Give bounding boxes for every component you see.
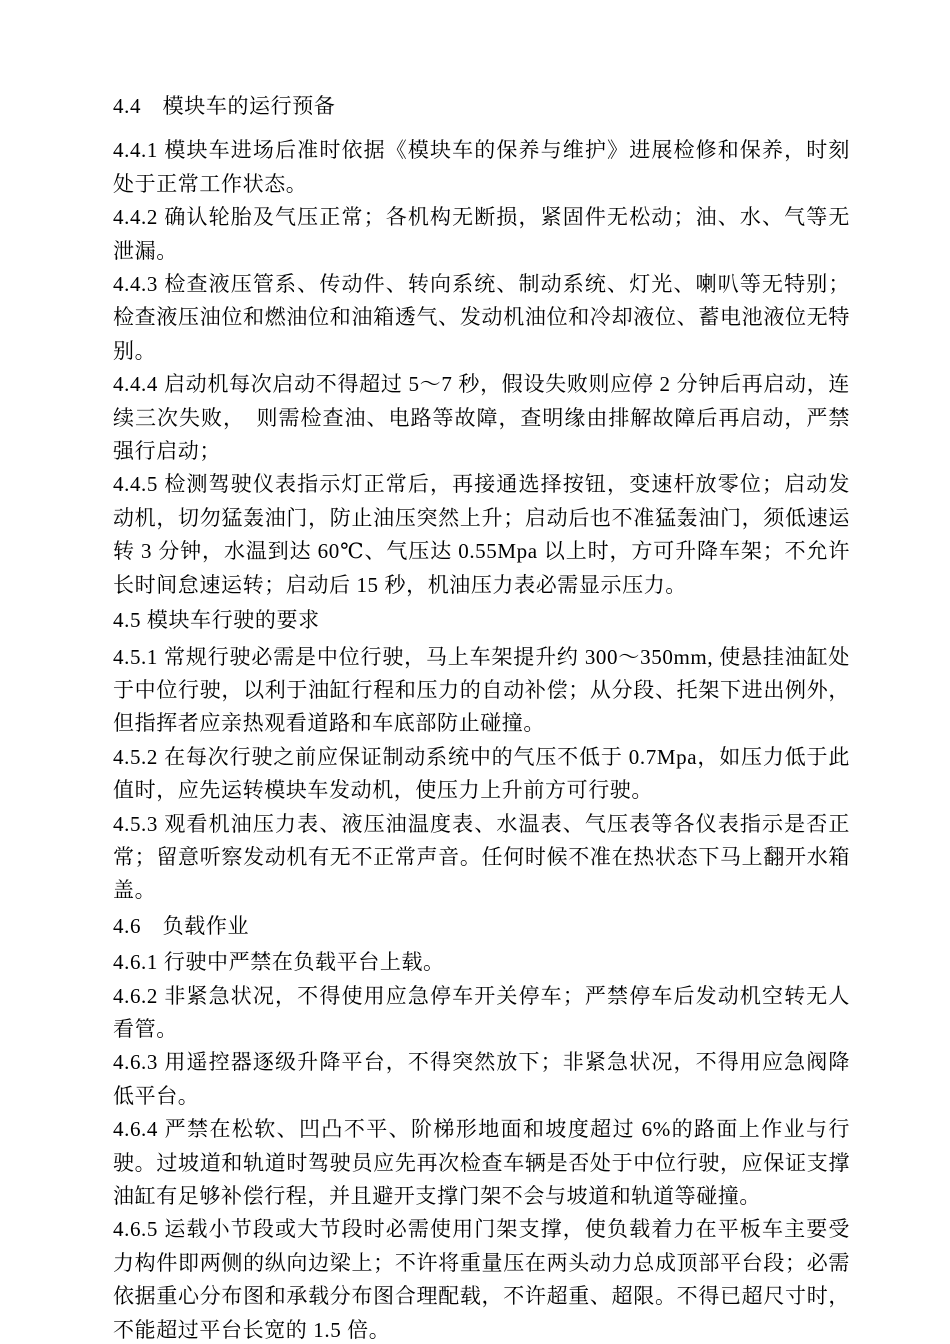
section-heading-4-6: 4.6 负载作业	[113, 910, 850, 943]
document-body: 4.4 模块车的运行预备 4.4.1 模块车进场后准时依据《模块车的保养与维护》…	[113, 90, 850, 1344]
paragraph-4-6-2: 4.6.2 非紧急状况，不得使用应急停车开关停车；严禁停车后发动机空转无人看管。	[113, 980, 850, 1047]
paragraph-4-5-1: 4.5.1 常规行驶必需是中位行驶，马上车架提升约 300～350mm, 使悬挂…	[113, 641, 850, 741]
paragraph-4-4-1: 4.4.1 模块车进场后准时依据《模块车的保养与维护》进展检修和保养，时刻处于正…	[113, 134, 850, 201]
paragraph-4-4-3: 4.4.3 检查液压管系、传动件、转向系统、制动系统、灯光、喇叭等无特别；检查液…	[113, 268, 850, 368]
paragraph-4-4-2: 4.4.2 确认轮胎及气压正常；各机构无断损，紧固件无松动；油、水、气等无泄漏。	[113, 201, 850, 268]
section-heading-4-5: 4.5 模块车行驶的要求	[113, 604, 850, 637]
paragraph-4-6-1: 4.6.1 行驶中严禁在负载平台上载。	[113, 946, 850, 979]
paragraph-4-5-2: 4.5.2 在每次行驶之前应保证制动系统中的气压不低于 0.7Mpa，如压力低于…	[113, 741, 850, 808]
paragraph-4-4-4: 4.4.4 启动机每次启动不得超过 5～7 秒，假设失败则应停 2 分钟后再启动…	[113, 368, 850, 468]
paragraph-4-5-3: 4.5.3 观看机油压力表、液压油温度表、水温表、气压表等各仪表指示是否正常；留…	[113, 808, 850, 908]
document-page: 4.4 模块车的运行预备 4.4.1 模块车进场后准时依据《模块车的保养与维护》…	[0, 0, 950, 1344]
paragraph-4-6-5: 4.6.5 运载小节段或大节段时必需使用门架支撑，使负载着力在平板车主要受力构件…	[113, 1213, 850, 1344]
paragraph-4-4-5: 4.4.5 检测驾驶仪表指示灯正常后，再接通选择按钮，变速杆放零位；启动发动机，…	[113, 468, 850, 602]
paragraph-4-6-4: 4.6.4 严禁在松软、凹凸不平、阶梯形地面和坡度超过 6%的路面上作业与行驶。…	[113, 1113, 850, 1213]
paragraph-4-6-3: 4.6.3 用遥控器逐级升降平台，不得突然放下；非紧急状况，不得用应急阀降低平台…	[113, 1046, 850, 1113]
section-heading-4-4: 4.4 模块车的运行预备	[113, 90, 850, 123]
